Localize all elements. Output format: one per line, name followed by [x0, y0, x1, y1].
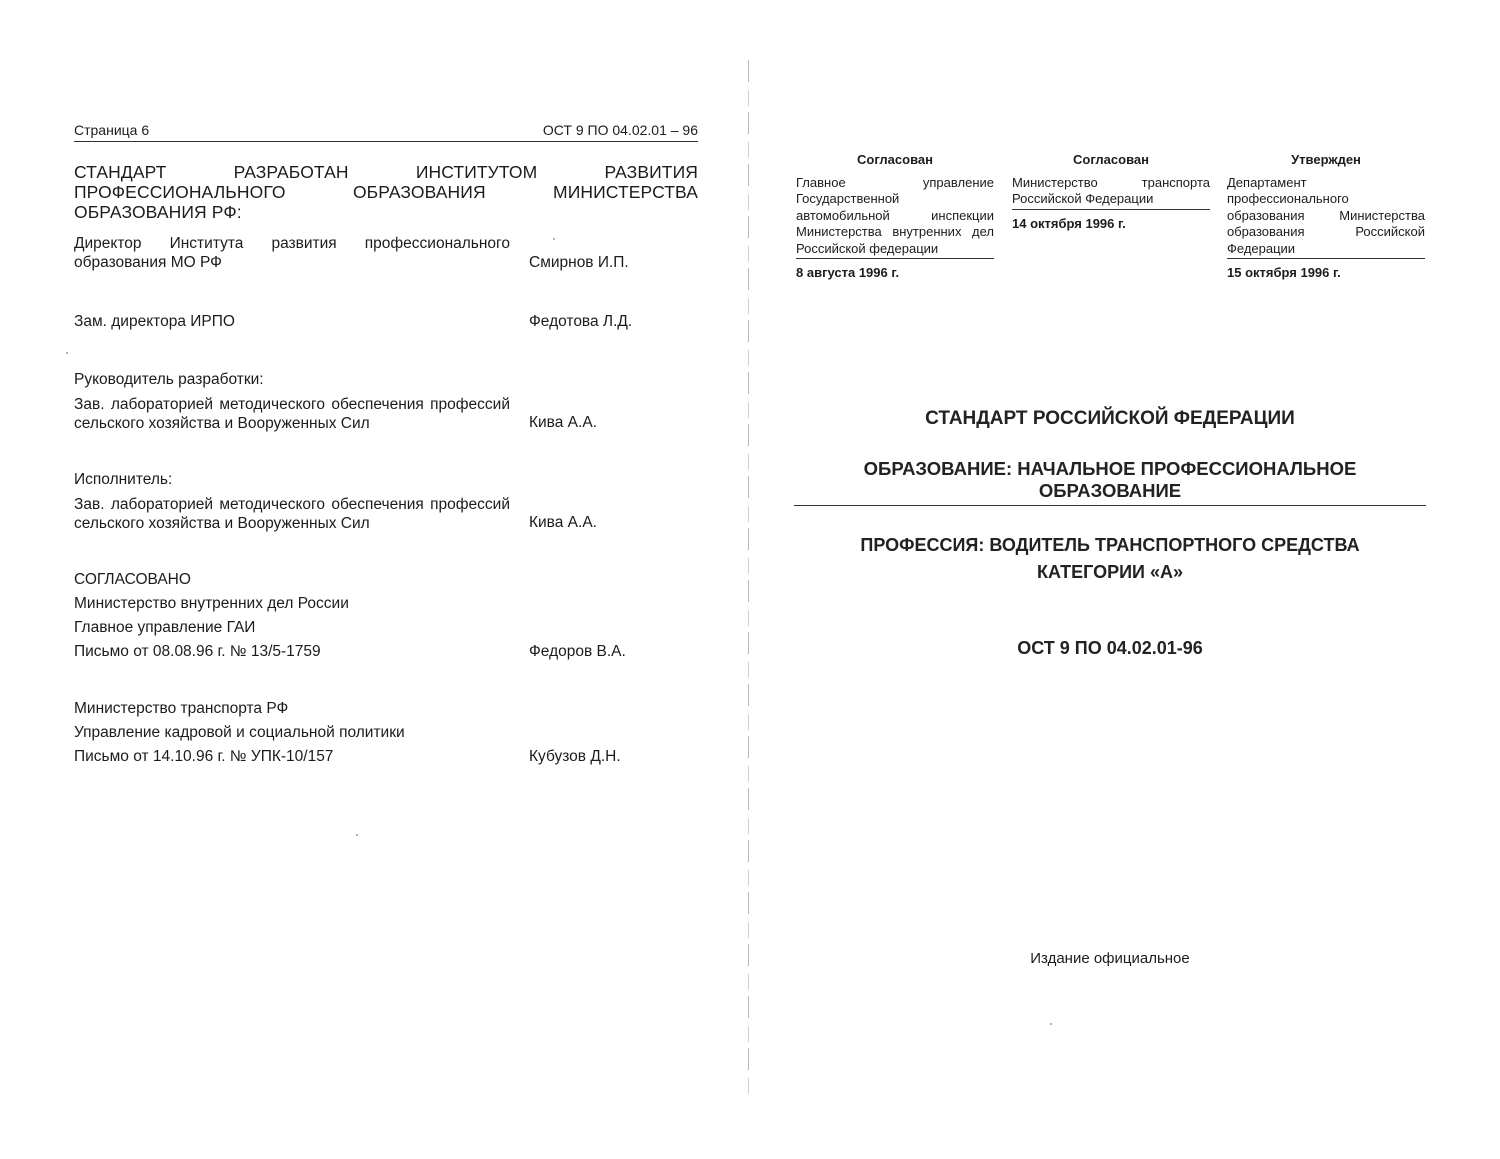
entry-description: Директор Института развития профессионал… [74, 234, 510, 272]
developer-statement: СТАНДАРТ РАЗРАБОТАН ИНСТИТУТОМ РАЗВИТИЯ … [74, 162, 698, 222]
agreed-line: Главное управление ГАИ [74, 616, 704, 640]
approval-heading: Согласован [1012, 152, 1210, 169]
scan-speck [553, 238, 555, 240]
page-spine-divider [748, 60, 749, 1100]
approval-heading: Согласован [796, 152, 994, 169]
entry-executor: Исполнитель: Зав. лабораторией методичес… [74, 470, 704, 533]
agreed-signer: Кубузов Д.Н. [529, 745, 621, 769]
agreed-block-transport: Министерство транспорта РФ Управление ка… [74, 697, 704, 769]
approval-body: Министерство транспорта Российской Федер… [1012, 175, 1210, 210]
entry-signer: Федотова Л.Д. [529, 312, 632, 331]
agreed-block-mvd: СОГЛАСОВАНО Министерство внутренних дел … [74, 568, 704, 664]
approval-heading: Утвержден [1227, 152, 1425, 169]
entry-label: Руководитель разработки: [74, 370, 704, 389]
approval-date: 15 октября 1996 г. [1227, 265, 1425, 282]
entry-deputy-director: Зам. директора ИРПО Федотова Л.Д. [74, 312, 704, 331]
agreed-heading: СОГЛАСОВАНО [74, 568, 704, 592]
entry-signer: Кива А.А. [529, 413, 597, 432]
approval-body: Департамент профессионального образовани… [1227, 175, 1425, 260]
profession-line-1: ПРОФЕССИЯ: ВОДИТЕЛЬ ТРАНСПОРТНОГО СРЕДСТ… [794, 535, 1426, 556]
entry-description: Зав. лабораторией методического обеспече… [74, 395, 510, 433]
scan-speck [1050, 1023, 1052, 1025]
scan-speck [356, 834, 358, 836]
title-rule [794, 505, 1426, 506]
approval-body: Главное управление Государственной автом… [796, 175, 994, 260]
left-page: Страница 6 ОСТ 9 ПО 04.02.01 – 96 СТАНДА… [0, 0, 748, 1159]
standard-code: ОСТ 9 ПО 04.02.01-96 [794, 638, 1426, 659]
standard-subtitle: ОБРАЗОВАНИЕ: НАЧАЛЬНОЕ ПРОФЕССИОНАЛЬНОЕ … [794, 458, 1426, 502]
entry-description: Зав. лабораторией методического обеспече… [74, 495, 510, 533]
agreed-line: Министерство транспорта РФ [74, 697, 704, 721]
entry-label: Исполнитель: [74, 470, 704, 489]
scan-speck [66, 352, 68, 354]
running-head: Страница 6 ОСТ 9 ПО 04.02.01 – 96 [74, 122, 698, 142]
entry-signer: Кива А.А. [529, 513, 597, 532]
standard-title: СТАНДАРТ РОССИЙСКОЙ ФЕДЕРАЦИИ [794, 408, 1426, 430]
approval-date: 14 октября 1996 г. [1012, 216, 1210, 233]
profession-line-2: КАТЕГОРИИ «А» [794, 562, 1426, 583]
agreed-signer: Федоров В.А. [529, 640, 626, 664]
edition-note: Издание официальное [794, 950, 1426, 967]
entry-description: Зам. директора ИРПО [74, 312, 510, 331]
approval-block-transport: Согласован Министерство транспорта Росси… [1012, 152, 1210, 232]
entry-director: Директор Института развития профессионал… [74, 234, 704, 272]
approval-block-education: Утвержден Департамент профессионального … [1227, 152, 1425, 282]
agreed-line: Министерство внутренних дел России [74, 592, 704, 616]
approval-block-gai: Согласован Главное управление Государств… [796, 152, 994, 282]
page-number: Страница 6 [74, 122, 149, 138]
entry-signer: Смирнов И.П. [529, 253, 629, 272]
approval-date: 8 августа 1996 г. [796, 265, 994, 282]
entry-development-lead: Руководитель разработки: Зав. лаборатори… [74, 370, 704, 433]
doc-code: ОСТ 9 ПО 04.02.01 – 96 [543, 122, 698, 138]
agreed-line: Управление кадровой и социальной политик… [74, 721, 704, 745]
